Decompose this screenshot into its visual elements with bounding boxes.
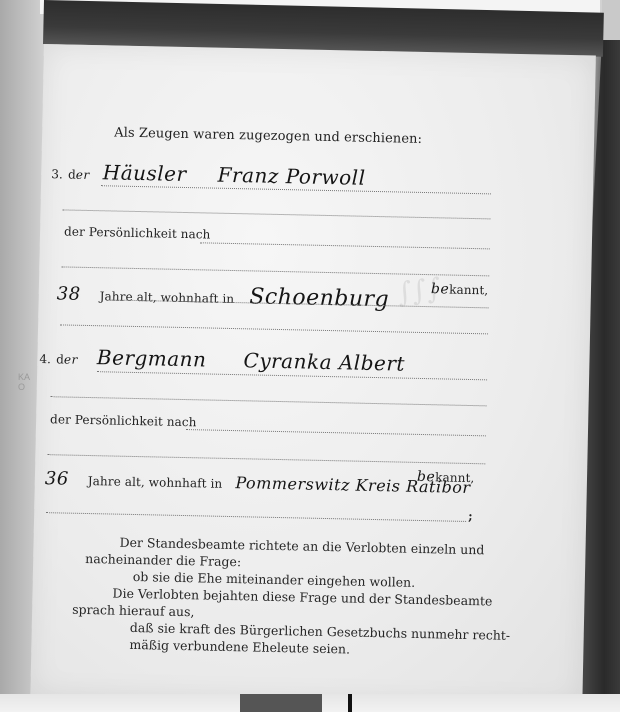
witness-intro: Als Zeugen waren zugezogen und erschiene…: [114, 125, 422, 146]
witness-3-number: 3.: [51, 167, 63, 181]
dotted-line: [200, 242, 490, 249]
witness-4-header: 4. der Bergmann Cyranka Albert: [39, 344, 405, 376]
witness-4-age-label: Jahre alt, wohnhaft in: [88, 474, 223, 491]
closing-line-5: sprach hierauf aus,: [72, 601, 195, 621]
bottom-tab: [240, 694, 322, 712]
witness-4-number: 4.: [39, 352, 51, 366]
witness-3-age: 38: [57, 283, 81, 304]
closing-line-7: mäßig verbundene Eheleute seien.: [129, 636, 350, 658]
dotted-line: [186, 429, 486, 436]
page-content: ∫∫∫ Als Zeugen waren zugezogen und ersch…: [30, 44, 596, 707]
witness-4-article-handwritten: er: [64, 352, 78, 366]
witness-4-known-prefix: be: [417, 469, 436, 485]
dotted-line: [47, 454, 485, 464]
witness-3-known-prefix: be: [431, 281, 450, 297]
witness-3-header: 3. der Häusler Franz Porwoll: [51, 159, 366, 190]
witness-4-name: Cyranka Albert: [243, 348, 405, 375]
witness-3-name: Franz Porwoll: [217, 163, 365, 190]
witness-3-occupation: Häusler: [103, 160, 187, 186]
closing-semicolon: ;: [468, 509, 473, 523]
margin-note: KA O: [18, 372, 30, 392]
dotted-line: [46, 512, 466, 522]
witness-4-identity-label: der Persönlichkeit nach: [50, 412, 197, 429]
closing-line-2: nacheinander die Frage:: [85, 550, 241, 570]
witness-3-article-handwritten: er: [76, 168, 90, 182]
dotted-line: [63, 209, 491, 219]
witness-4-known: bekannt,: [417, 466, 475, 486]
dotted-line: [51, 396, 487, 406]
dotted-line: [61, 266, 489, 276]
witness-4-age-line: 36 Jahre alt, wohnhaft in Pommerswitz Kr…: [45, 468, 471, 498]
witness-3-residence: Schoenburg: [249, 284, 389, 312]
witness-3-identity-label: der Persönlichkeit nach: [64, 224, 211, 241]
witness-3-age-line: 38 Jahre alt, wohnhaft in Schoenburg: [57, 280, 390, 312]
witness-4-age: 36: [45, 468, 69, 489]
witness-3-known-suffix: kannt,: [449, 283, 488, 298]
witness-4-occupation: Bergmann: [97, 345, 207, 371]
bottom-mark: [348, 694, 352, 712]
witness-3-age-label: Jahre alt, wohnhaft in: [100, 289, 235, 306]
witness-3-known: bekannt,: [431, 278, 489, 298]
register-page: ∫∫∫ Als Zeugen waren zugezogen und ersch…: [30, 44, 596, 707]
witness-4-known-suffix: kannt,: [435, 470, 474, 485]
scanned-document-scene: ∫∫∫ Als Zeugen waren zugezogen und ersch…: [0, 0, 620, 712]
